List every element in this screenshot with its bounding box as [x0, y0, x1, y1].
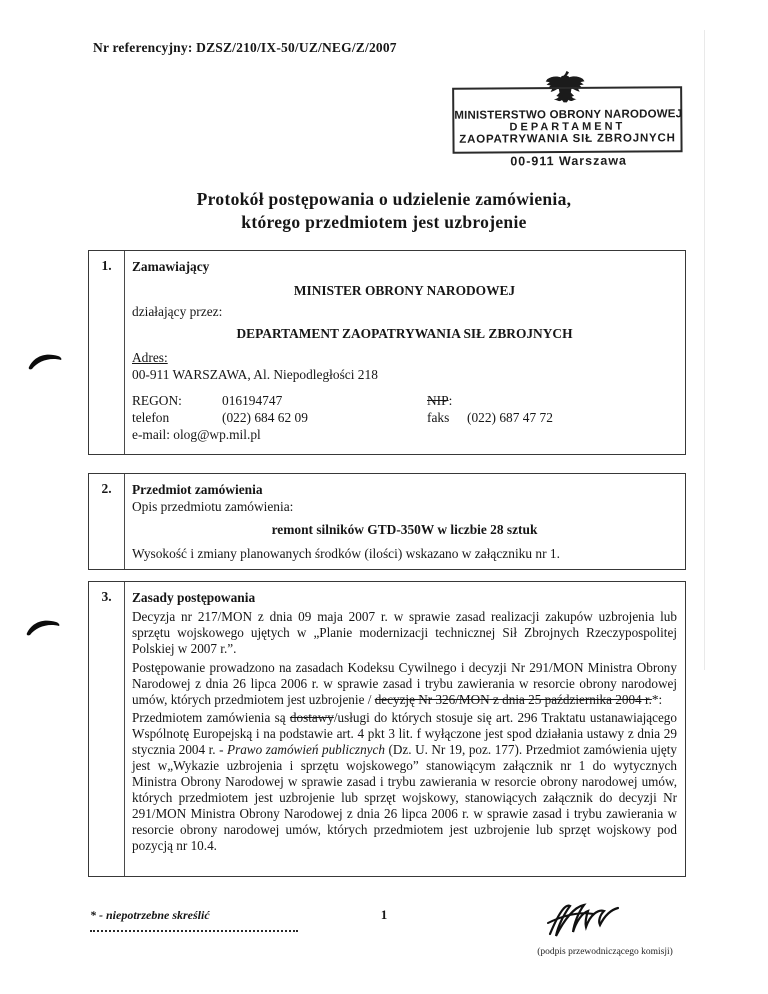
address-value: 00-911 WARSZAWA, Al. Niepodległości 218: [132, 366, 677, 383]
section-heading: Zamawiający: [132, 258, 677, 275]
section-przedmiot-zamowienia: 2. Przedmiot zamówienia Opis przedmiotu …: [88, 473, 686, 570]
title-line-2: którego przedmiotem jest uzbrojenie: [241, 212, 526, 232]
section-number: 2.: [89, 474, 125, 569]
document-title: Protokół postępowania o udzielenie zamów…: [0, 188, 768, 234]
section-zamawiajacy: 1. Zamawiający MINISTER OBRONY NARODOWEJ…: [88, 250, 686, 455]
address-label: Adres:: [132, 349, 677, 366]
stamp-line-1: MINISTERSTWO OBRONY NARODOWEJ: [454, 108, 680, 122]
reference-number: Nr referencyjny: DZSZ/210/IX-50/UZ/NEG/Z…: [93, 40, 397, 56]
nip-value: [467, 392, 677, 409]
email-value: e-mail: olog@wp.mil.pl: [132, 426, 677, 443]
regon-label: REGON:: [132, 392, 222, 409]
section-heading: Zasady postępowania: [132, 589, 677, 606]
acting-by-label: działający przez:: [132, 303, 677, 320]
nip-label: NIP:: [427, 392, 467, 409]
ministry-stamp: MINISTERSTWO OBRONY NARODOWEJ DEPARTAMEN…: [448, 69, 688, 71]
regon-value: 016194747: [222, 392, 427, 409]
title-line-1: Protokół postępowania o udzielenie zamów…: [197, 189, 572, 209]
fax-label: faks: [427, 409, 467, 426]
phone-label: telefon: [132, 409, 222, 426]
department-name: DEPARTAMENT ZAOPATRYWANIA SIŁ ZBROJNYCH: [132, 325, 677, 342]
subject-intro: Opis przedmiotu zamówienia:: [132, 498, 677, 515]
subject-note: Wysokość i zmiany planowanych środków (i…: [132, 545, 677, 562]
dotted-rule: [90, 930, 298, 932]
subject-description: remont silników GTD-350W w liczbie 28 sz…: [132, 521, 677, 538]
fax-value: (022) 687 47 72: [467, 409, 677, 426]
section-heading: Przedmiot zamówienia: [132, 481, 677, 498]
contact-block: REGON: 016194747 NIP: telefon (022) 684 …: [132, 392, 677, 443]
stamp-line-3: ZAOPATRYWANIA SIŁ ZBROJNYCH: [454, 132, 680, 146]
stamp-box: MINISTERSTWO OBRONY NARODOWEJ DEPARTAMEN…: [452, 86, 682, 154]
section-zasady-postepowania: 3. Zasady postępowania Decyzja nr 217/MO…: [88, 581, 686, 877]
rules-paragraph-3: Przedmiotem zamówienia są dostawy/usługi…: [132, 710, 677, 853]
rules-paragraph-2: Postępowanie prowadzono na zasadach Kode…: [132, 660, 677, 708]
section-number: 3.: [89, 582, 125, 876]
rules-paragraph-1: Decyzja nr 217/MON z dnia 09 maja 2007 r…: [132, 609, 677, 657]
orderer-name: MINISTER OBRONY NARODOWEJ: [132, 282, 677, 299]
phone-value: (022) 684 62 09: [222, 409, 427, 426]
section-number: 1.: [89, 251, 125, 454]
regon-nip-row: REGON: 016194747 NIP:: [132, 392, 677, 409]
page-number: 1: [0, 907, 768, 923]
scan-artifact-mark-icon: [28, 352, 64, 370]
handwritten-signature: [538, 898, 633, 942]
scan-artifact-mark-icon: [26, 618, 62, 636]
scan-edge-artifact: [704, 30, 705, 670]
signature-caption: (podpis przewodniczącego komisji): [505, 947, 705, 957]
stamp-city: 00-911 Warszawa: [449, 153, 689, 169]
phone-fax-row: telefon (022) 684 62 09 faks (022) 687 4…: [132, 409, 677, 426]
